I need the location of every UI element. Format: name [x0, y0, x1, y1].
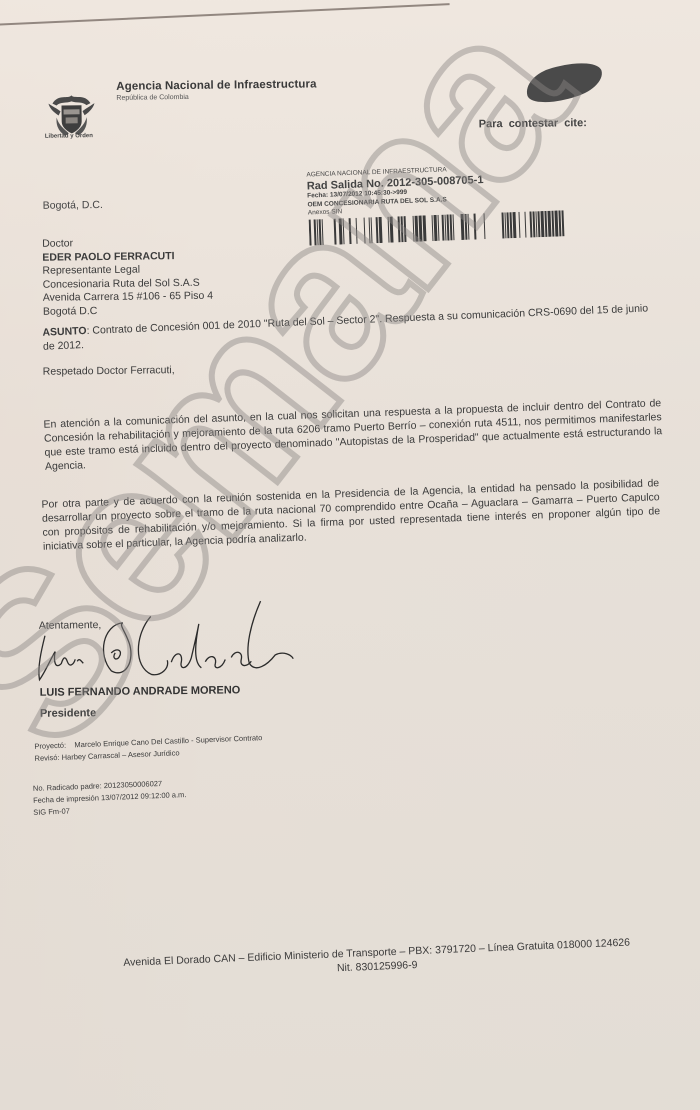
- agency-country: República de Colombia: [116, 94, 188, 102]
- addressee-city: Bogotá D.C: [43, 304, 213, 320]
- projected-value: Marcelo Enrique Cano Del Castillo - Supe…: [74, 733, 262, 749]
- addressee-address: Avenida Carrera 15 #106 - 65 Piso 4: [43, 290, 213, 306]
- body-paragraph-1: En atención a la comunicación del asunto…: [43, 396, 663, 474]
- letter-city: Bogotá, D.C.: [43, 199, 103, 212]
- letter-page: Libertad y Orden Agencia Nacional de Inf…: [0, 0, 700, 1110]
- agency-name: Agencia Nacional de Infraestructura: [116, 78, 316, 92]
- crest-motto: Libertad y Orden: [45, 133, 93, 140]
- projected-label: Proyectó:: [34, 741, 66, 752]
- greeting: Respetado Doctor Ferracuti,: [43, 364, 175, 378]
- signer-title: Presidente: [40, 707, 96, 720]
- redaction-mark: [522, 56, 606, 109]
- reviewed-label: Revisó:: [34, 753, 59, 763]
- reviewed-value: Harbey Carrascal – Asesor Jurídico: [61, 748, 179, 762]
- body-paragraph-2: Por otra parte y de acuerdo con la reuni…: [41, 476, 661, 554]
- signer-name: LUIS FERNANDO ANDRADE MORENO: [40, 684, 241, 698]
- letter-footer: Avenida El Dorado CAN – Edificio Ministe…: [87, 934, 668, 985]
- form-code: SIG Fm-07: [33, 806, 70, 817]
- subject-label: ASUNTO: [42, 325, 87, 339]
- filing-stamp: AGENCIA NACIONAL DE INFRAESTRUCTURA Rad …: [306, 165, 484, 219]
- handwritten-signature: [30, 592, 311, 685]
- reply-cite-label: Para contestar cite:: [479, 117, 587, 130]
- addressee-block: Doctor EDER PAOLO FERRACUTI Representant…: [42, 236, 213, 320]
